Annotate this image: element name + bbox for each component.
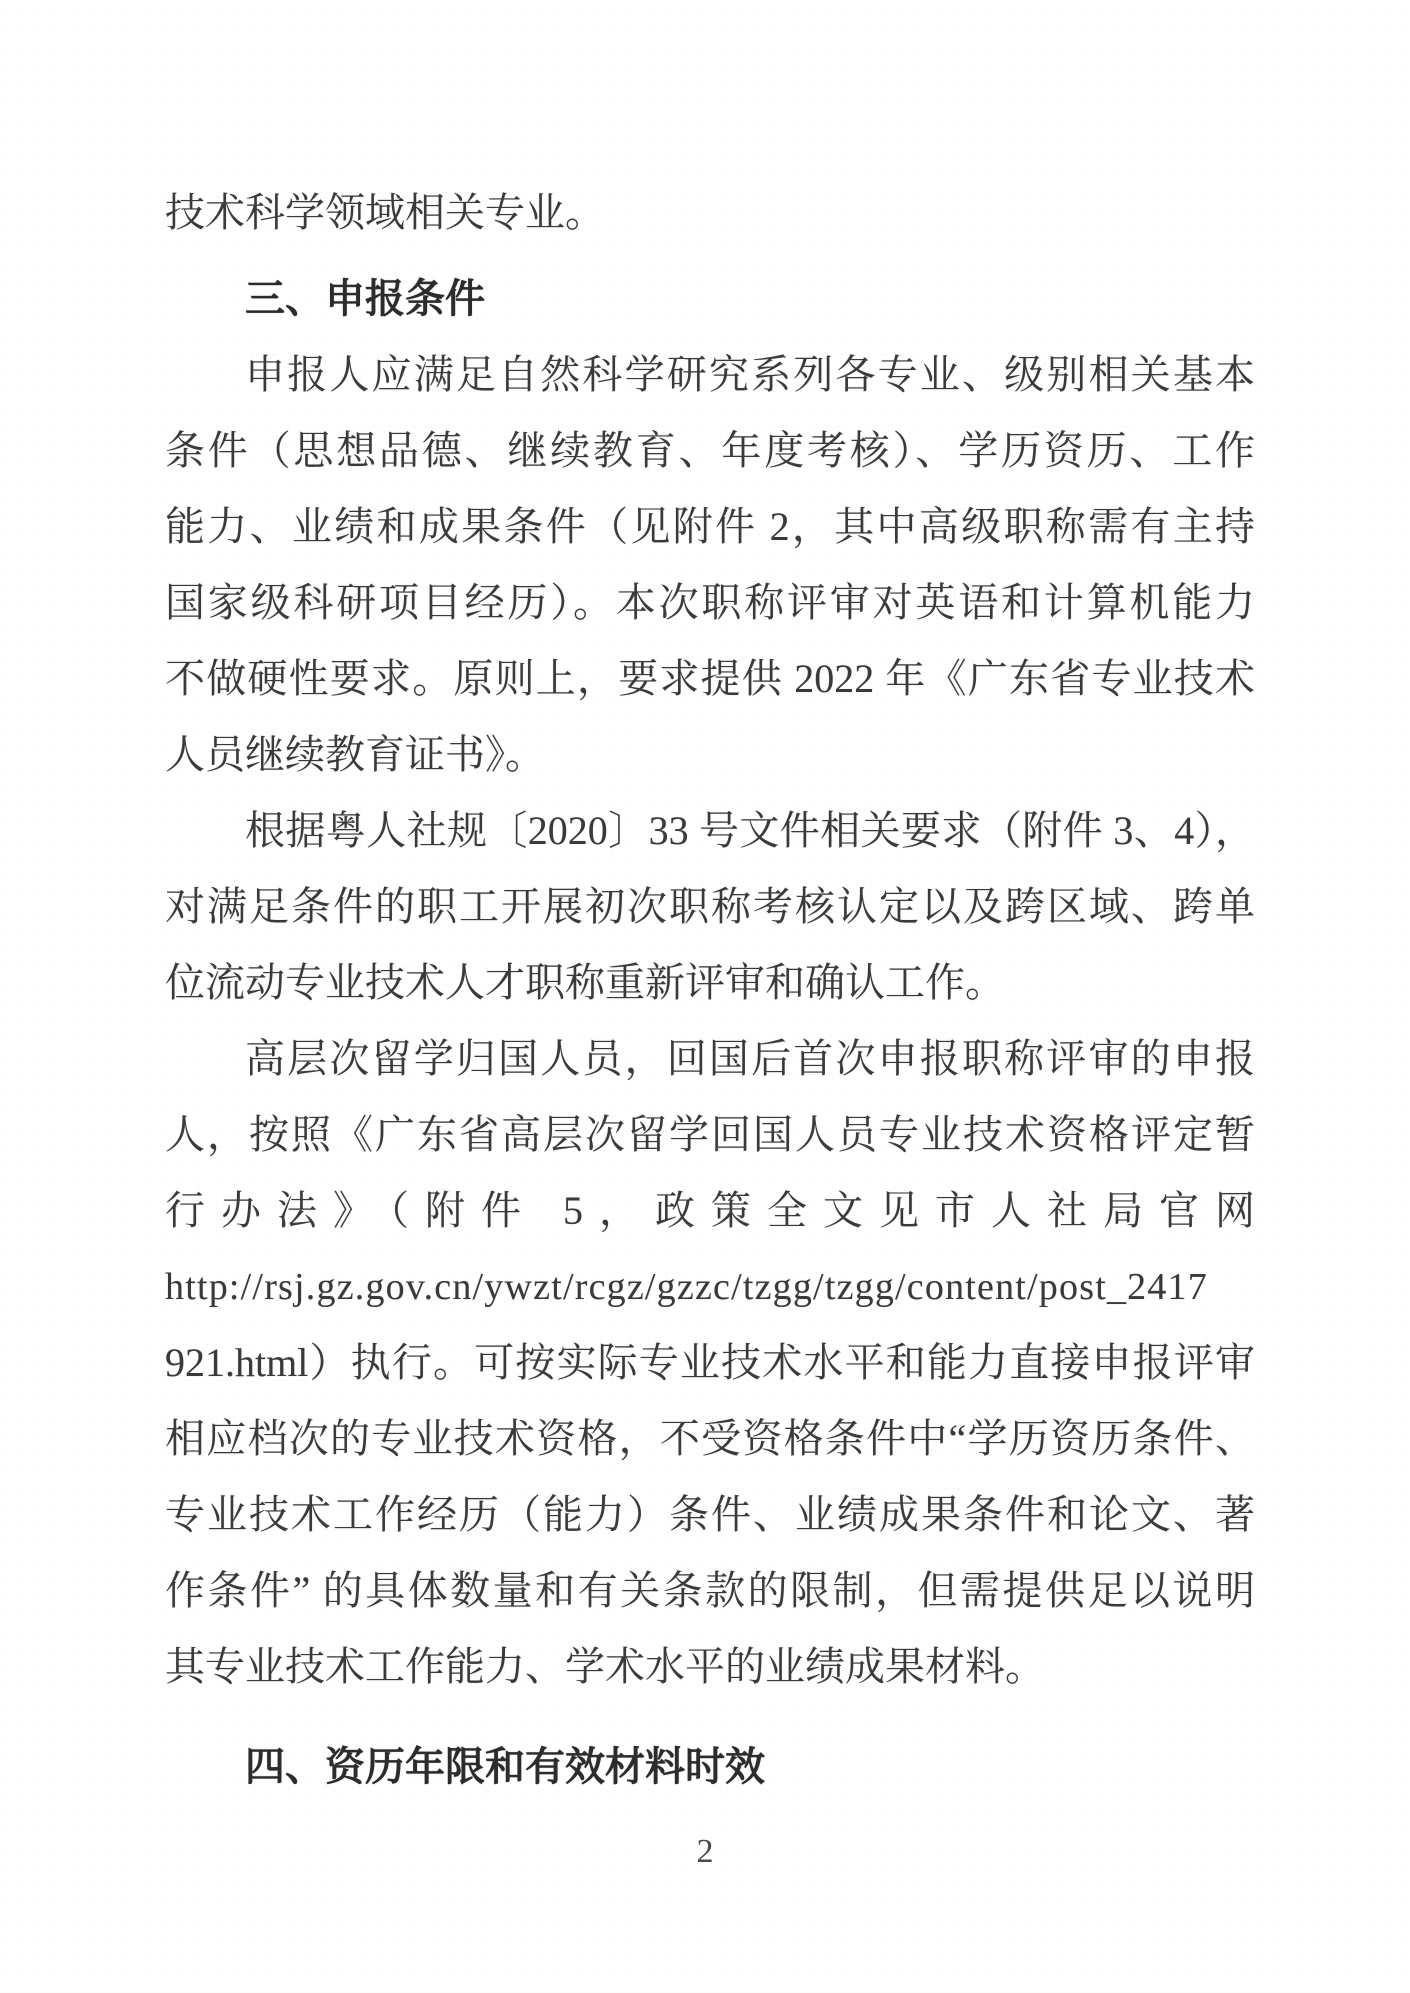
paragraph-end-line: 技术科学领域相关专业。 — [165, 175, 1255, 251]
paragraph-line: 921.html）执行。可按实际专业技术水平和能力直接申报评审 — [165, 1325, 1255, 1401]
paragraph-line: 根据粤人社规〔2020〕33 号文件相关要求（附件 3、4）， — [165, 793, 1255, 869]
paragraph-line: 人，按照《广东省高层次留学回国人员专业技术资格评定暂 — [165, 1097, 1255, 1173]
paragraph-line: 作条件” 的具体数量和有关条款的限制，但需提供足以说明 — [165, 1553, 1255, 1629]
paragraph-line: 条件（思想品德、继续教育、年度考核）、学历资历、工作 — [165, 413, 1255, 489]
paragraph-line: 能力、业绩和成果条件（见附件 2，其中高级职称需有主持 — [165, 489, 1255, 565]
paragraph-end-line: 其专业技术工作能力、学术水平的业绩成果材料。 — [165, 1629, 1255, 1705]
paragraph-line: 申报人应满足自然科学研究系列各专业、级别相关基本 — [165, 337, 1255, 413]
paragraph-end-line: 位流动专业技术人才职称重新评审和确认工作。 — [165, 945, 1255, 1021]
paragraph-line: 对满足条件的职工开展初次职称考核认定以及跨区域、跨单 — [165, 869, 1255, 945]
scanned-document-page: 技术科学领域相关专业。 三、申报条件 申报人应满足自然科学研究系列各专业、级别相… — [0, 0, 1410, 1993]
paragraph-line: 国家级科研项目经历）。本次职称评审对英语和计算机能力 — [165, 565, 1255, 641]
paragraph-line: 行办法》（附件 5，政策全文见市人社局官网 — [165, 1173, 1255, 1249]
section-heading-3: 三、申报条件 — [165, 261, 1255, 337]
section-heading-4: 四、资历年限和有效材料时效 — [165, 1729, 1255, 1805]
paragraph-line: 高层次留学归国人员，回国后首次申报职称评审的申报 — [165, 1021, 1255, 1097]
policy-url-line: http://rsj.gz.gov.cn/ywzt/rcgz/gzzc/tzgg… — [165, 1249, 1255, 1325]
paragraph-line: 专业技术工作经历（能力）条件、业绩成果条件和论文、著 — [165, 1477, 1255, 1553]
paragraph-line: 相应档次的专业技术资格，不受资格条件中“学历资历条件、 — [165, 1401, 1255, 1477]
document-body: 技术科学领域相关专业。 三、申报条件 申报人应满足自然科学研究系列各专业、级别相… — [165, 175, 1255, 1805]
paragraph-end-line: 人员继续教育证书》。 — [165, 717, 1255, 793]
paragraph-line: 不做硬性要求。原则上，要求提供 2022 年《广东省专业技术 — [165, 641, 1255, 717]
page-number: 2 — [0, 1832, 1410, 1872]
